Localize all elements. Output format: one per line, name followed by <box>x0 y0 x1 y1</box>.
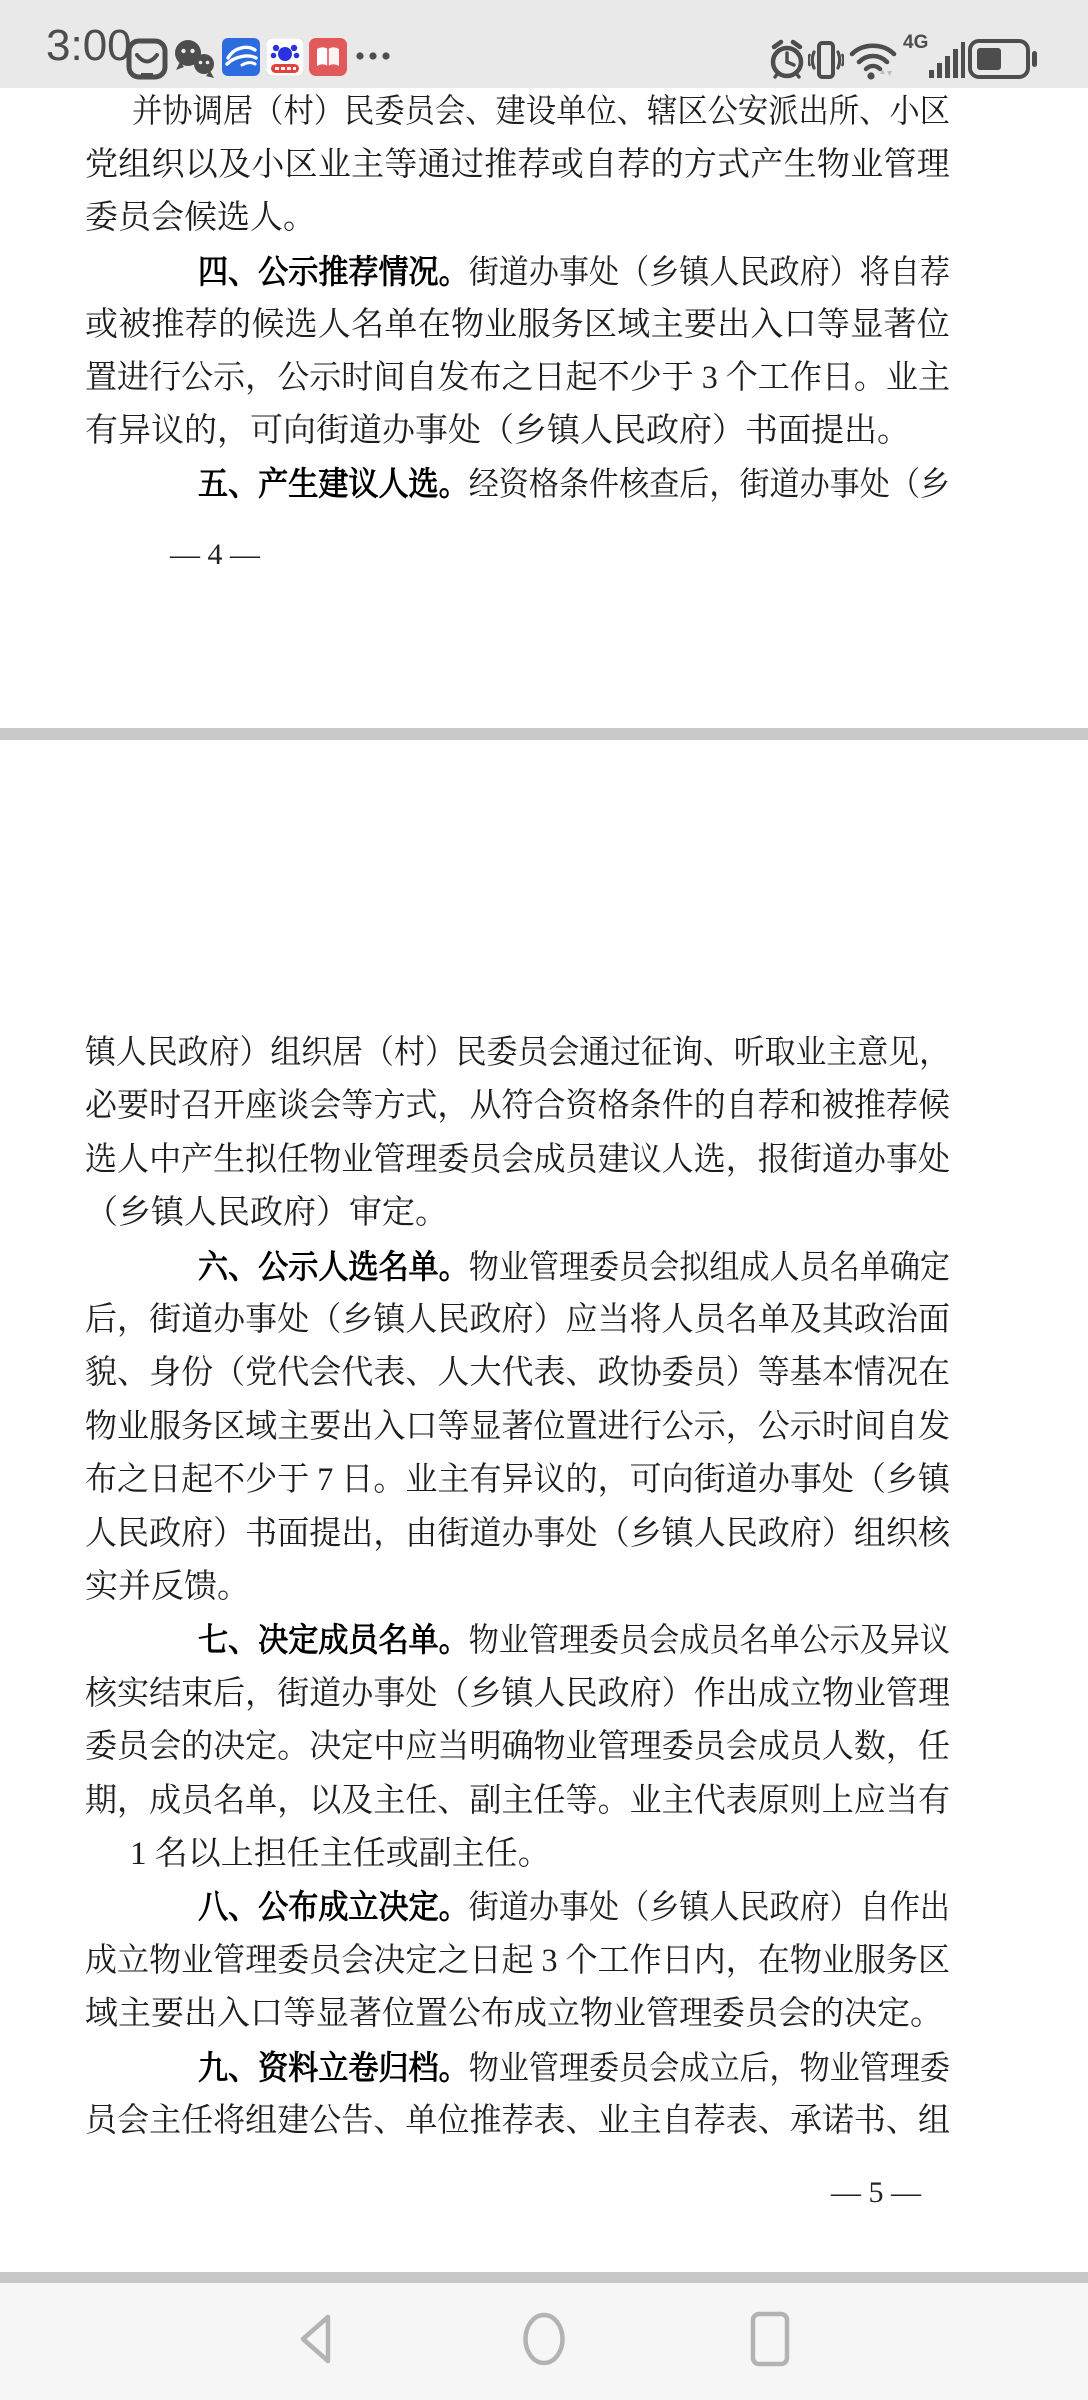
text-line: 布之日起不少于 7 日。业主有异议的，可向街道办事处（乡镇 <box>85 1460 950 1500</box>
text-line: 或被推荐的候选人名单在物业服务区域主要出入口等显著位 <box>85 305 950 345</box>
document-scroll-area[interactable]: — 4 — 并协调居（村）民委员会、建设单位、辖区公安派出所、小区党组织以及小区… <box>0 88 1088 2272</box>
page-number-5: — 5 — <box>831 2176 921 2210</box>
home-icon[interactable] <box>518 2311 570 2367</box>
text-line: 置进行公示，公示时间自发布之日起不少于 3 个工作日。业主 <box>85 358 950 398</box>
text-line: 并协调居（村）民委员会、建设单位、辖区公安派出所、小区 <box>132 92 950 132</box>
wechat-icon <box>172 38 218 80</box>
alarm-clock-icon <box>766 38 808 82</box>
text-line: 员会主任将组建公告、单位推荐表、业主自荐表、承诺书、组 <box>85 2101 950 2141</box>
text-line: 七、决定成员名单。物业管理委员会成员名单公示及异议 <box>198 1620 950 1660</box>
network-type-label: 4G <box>903 32 928 53</box>
text-line: （乡镇人民政府）审定。 <box>85 1193 950 1233</box>
text-line: 成立物业管理委员会决定之日起 3 个工作日内，在物业服务区 <box>85 1941 950 1981</box>
navigation-bar <box>0 2283 1088 2400</box>
text-line: 四、公示推荐情况。街道办事处（乡镇人民政府）将自荐 <box>198 252 950 292</box>
text-line: 期，成员名单，以及主任、副主任等。业主代表原则上应当有 <box>85 1781 950 1821</box>
phone-screen: 3:00 <box>0 0 1088 2400</box>
text-line: 九、资料立卷归档。物业管理委员会成立后，物业管理委 <box>198 2048 950 2088</box>
text-line: 有异议的，可向街道办事处（乡镇人民政府）书面提出。 <box>85 411 950 451</box>
wifi-icon <box>847 38 899 84</box>
text-line: 人民政府）书面提出，由街道办事处（乡镇人民政府）组织核 <box>85 1514 950 1554</box>
text-line: 八、公布成立决定。街道办事处（乡镇人民政府）自作出 <box>198 1887 950 1927</box>
page-separator <box>0 728 1088 740</box>
document-page-4: — 4 — 并协调居（村）民委员会、建设单位、辖区公安派出所、小区党组织以及小区… <box>0 88 1088 728</box>
shopping-app-icon <box>126 38 168 80</box>
text-line: 五、产生建议人选。经资格条件核查后，街道办事处（乡 <box>198 464 950 504</box>
vibrate-mode-icon <box>808 38 844 82</box>
text-line: 域主要出入口等显著位置公布成立物业管理委员会的决定。 <box>85 1994 950 2034</box>
signal-bars-icon: 4G <box>903 30 965 82</box>
text-line: 核实结束后，街道办事处（乡镇人民政府）作出成立物业管理 <box>85 1674 950 1714</box>
battery-icon <box>968 38 1038 80</box>
text-line: 貌、身份（党代会代表、人大代表、政协委员）等基本情况在 <box>85 1353 950 1393</box>
reader-app-icon <box>309 38 347 76</box>
back-icon[interactable] <box>292 2311 344 2367</box>
more-notifications-icon <box>354 50 394 62</box>
nav-top-strip <box>0 2272 1088 2283</box>
text-line: 党组织以及小区业主等通过推荐或自荐的方式产生物业管理 <box>85 145 950 185</box>
text-line: 物业服务区域主要出入口等显著位置进行公示，公示时间自发 <box>85 1407 950 1447</box>
document-page-5: — 5 — 镇人民政府）组织居（村）民委员会通过征询、听取业主意见，必要时召开座… <box>0 740 1088 2272</box>
tencent-blue-app-icon <box>222 38 260 76</box>
status-time: 3:00 <box>46 22 132 70</box>
text-line: 委员会的决定。决定中应当明确物业管理委员会成员人数，任 <box>85 1727 950 1767</box>
recents-icon[interactable] <box>744 2311 796 2367</box>
text-line: 后，街道办事处（乡镇人民政府）应当将人员名单及其政治面 <box>85 1300 950 1340</box>
page-number-4: — 4 — <box>170 538 260 572</box>
text-line: 委员会候选人。 <box>85 198 950 238</box>
status-bar[interactable]: 3:00 <box>0 0 1088 88</box>
text-line: 选人中产生拟任物业管理委员会成员建议人选，报街道办事处 <box>85 1140 950 1180</box>
text-line: 镇人民政府）组织居（村）民委员会通过征询、听取业主意见， <box>85 1033 950 1073</box>
text-line: 六、公示人选名单。物业管理委员会拟组成人员名单确定 <box>198 1247 950 1287</box>
text-line: 实并反馈。 <box>85 1567 950 1607</box>
text-line: 必要时召开座谈会等方式，从符合资格条件的自荐和被推荐候 <box>85 1086 950 1126</box>
text-line: 1 名以上担任主任或副主任。 <box>130 1834 950 1874</box>
baidu-app-icon <box>266 38 304 76</box>
